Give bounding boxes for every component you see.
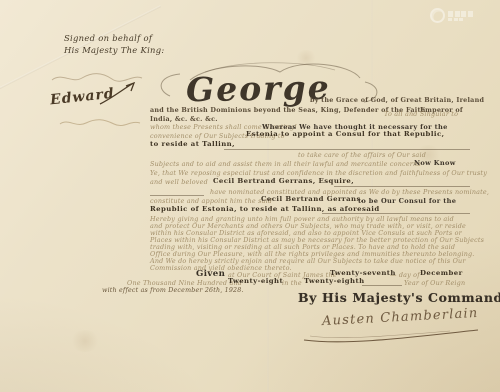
blank-rule bbox=[224, 149, 470, 150]
line-constitute: constitute and appoint him the said bbox=[150, 198, 272, 204]
countersignature-underline-flourish bbox=[300, 326, 482, 346]
document-photo: Signed on behalf of His Majesty The King… bbox=[0, 0, 500, 392]
faint-ink-inscription bbox=[58, 116, 143, 130]
line-thousand: One Thousand Nine Hundred and bbox=[127, 280, 242, 286]
line-grace: by the Grace of God, of Great Britain, I… bbox=[310, 97, 484, 103]
line-estonia: Estonia to appoint a Consul for that Rep… bbox=[246, 131, 444, 138]
line-reside: to reside at Tallinn, bbox=[150, 141, 235, 148]
line-trusty: Ye, that We reposing especial trust and … bbox=[150, 170, 487, 176]
line-nowknow: Now Know bbox=[414, 160, 456, 167]
line-dayof: — day of bbox=[390, 272, 420, 278]
watermark-text-blocks bbox=[448, 11, 473, 21]
line-gerrans-esquire: Cecil Bertrand Gerrans, Esquire, bbox=[213, 178, 354, 185]
signed-on-behalf-note-line2: His Majesty The King: bbox=[64, 46, 165, 54]
line-republic: Republic of Estonia, to reside at Tallin… bbox=[150, 206, 380, 213]
line-december: December bbox=[420, 270, 463, 277]
line-singular: To all and Singular to bbox=[384, 111, 458, 117]
line-given: Given bbox=[196, 270, 225, 279]
line-gerrans2: Cecil Bertrand Gerrans, bbox=[261, 196, 364, 203]
line-subjects: Subjects and to aid and assist them in a… bbox=[150, 161, 421, 167]
watermark-logo bbox=[430, 8, 473, 23]
effect-date-note: with effect as from December 26th, 1928. bbox=[102, 288, 244, 294]
line-consulfor: to be Our Consul for the bbox=[358, 198, 456, 205]
line-takecare: to take care of the affairs of Our said bbox=[298, 152, 426, 158]
blank-rule bbox=[362, 285, 402, 286]
line-beloved: and well beloved bbox=[150, 179, 208, 185]
blank-rule bbox=[322, 213, 470, 214]
line-reign: Year of Our Reign bbox=[404, 280, 465, 286]
by-his-majestys-command: By His Majesty's Command bbox=[298, 292, 500, 305]
line-twentyeighth: Twenty-eighth bbox=[304, 278, 365, 285]
countersignature-austen-chamberlain: Austen Chamberlain bbox=[322, 307, 479, 328]
blank-rule bbox=[334, 186, 470, 187]
line-india: India, &c. &c. &c. bbox=[150, 116, 218, 122]
line-twentyeight: Twenty-eight bbox=[228, 278, 283, 285]
foxing-spot bbox=[70, 330, 100, 352]
watermark-ring-icon bbox=[430, 8, 445, 23]
line-day27: Twenty-seventh bbox=[330, 270, 396, 277]
signed-on-behalf-note-line1: Signed on behalf of bbox=[64, 34, 152, 42]
line-inthe: in the bbox=[282, 280, 302, 286]
blank-rule bbox=[150, 195, 204, 196]
edward-signature-flourish bbox=[98, 82, 138, 108]
